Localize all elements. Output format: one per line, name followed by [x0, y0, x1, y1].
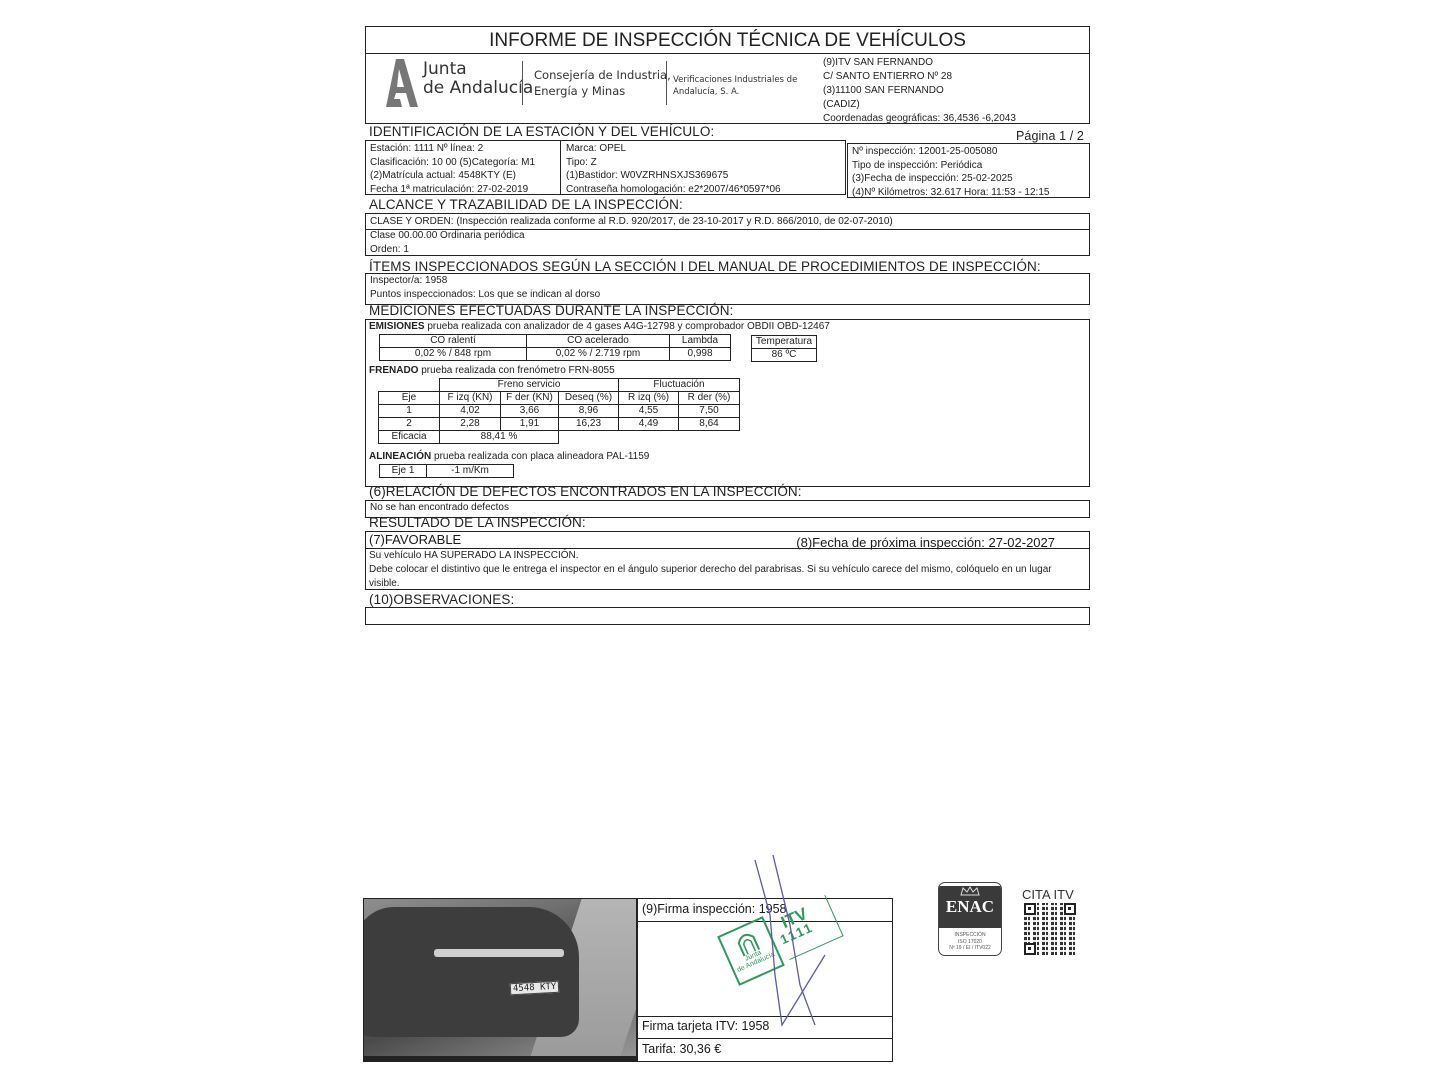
vehicle-info-box: Marca: OPEL Tipo: Z (1)Bastidor: W0VZRHN…: [561, 140, 846, 195]
co-accel-value: 0,02 % / 2.719 rpm: [527, 348, 670, 361]
result-verdict: (7)FAVORABLE: [369, 532, 461, 547]
cita-itv-label: CITA ITV: [1022, 887, 1074, 902]
braking-corner: [379, 379, 440, 392]
cell: 3,66: [501, 405, 559, 418]
result-title: RESULTADO DE LA INSPECCIÓN:: [369, 515, 586, 530]
temperature-header: Temperatura: [752, 336, 817, 349]
qr-finder: [1024, 943, 1036, 955]
brand-line: Marca: OPEL: [566, 142, 840, 156]
cell: 4,02: [440, 405, 501, 418]
cell: 8,64: [679, 418, 740, 431]
result-passed-text: Su vehículo HA SUPERADO LA INSPECCIÓN.: [369, 549, 579, 563]
enac-sub-3: Nº 19 / EI / ITV022: [939, 945, 1001, 952]
result-box: (7)FAVORABLE (8)Fecha de próxima inspecc…: [365, 531, 1090, 590]
alignment-axle: Eje 1: [380, 465, 427, 478]
service-brake-header: Freno servicio: [440, 379, 619, 392]
first-registration-line: Fecha 1ª matriculación: 27-02-2019: [370, 183, 556, 197]
cell: 4,49: [619, 418, 679, 431]
cell: 2,28: [440, 418, 501, 431]
inspection-number-line: Nº inspección: 12001-25-005080: [852, 145, 1085, 159]
header-divider: [366, 53, 1089, 54]
emissions-label: EMISIONES: [369, 321, 425, 332]
points-text: Puntos inspeccionados: Los que se indica…: [370, 288, 1085, 302]
emissions-table: CO ralentí CO acelerado Lambda 0,02 % / …: [379, 334, 731, 361]
enac-badge: ENAC INSPECCIÓN ISO 17020 Nº 19 / EI / I…: [938, 882, 1002, 956]
fee-label: Tarifa: 30,36 €: [642, 1042, 721, 1056]
photo-caption-bar: [364, 1056, 636, 1061]
col-eje: Eje: [379, 392, 440, 405]
measurements-title: MEDICIONES EFECTUADAS DURANTE LA INSPECC…: [369, 303, 733, 318]
scope-title: ALCANCE Y TRAZABILIDAD DE LA INSPECCIÓN:: [369, 197, 683, 212]
header-box: INFORME DE INSPECCIÓN TÉCNICA DE VEHÍCUL…: [365, 26, 1090, 124]
inspection-type-line: Tipo de inspección: Periódica: [852, 159, 1085, 173]
alignment-desc: prueba realizada con placa alineadora PA…: [431, 451, 649, 462]
temperature-value: 86 ºC: [752, 349, 817, 362]
dept-divider: [666, 61, 667, 105]
items-title: ÍTEMS INSPECCIONADOS SEGÚN LA SECCIÓN I …: [369, 259, 1041, 274]
co-idle-header: CO ralentí: [380, 335, 527, 348]
fluctuation-header: Fluctuación: [619, 379, 740, 392]
department-text: Consejería de Industria, Energía y Minas: [534, 67, 671, 99]
enac-subtext: INSPECCIÓN ISO 17020 Nº 19 / EI / ITV022: [939, 928, 1001, 952]
cell: 8,96: [559, 405, 619, 418]
items-box: Inspector/a: 1958 Puntos inspeccionados:…: [365, 273, 1090, 305]
emissions-line: EMISIONES prueba realizada con analizado…: [369, 320, 830, 334]
crown-icon: [959, 886, 981, 896]
braking-row-1: 1 4,02 3,66 8,96 4,55 7,50: [379, 405, 740, 418]
dept-line-2: Energía y Minas: [534, 83, 671, 99]
vin-line: (1)Bastidor: W0VZRHNSXJS369675: [566, 169, 840, 183]
cell: 1,91: [501, 418, 559, 431]
defects-title: (6)RELACIÓN DE DEFECTOS ENCONTRADOS EN L…: [369, 484, 802, 499]
lambda-value: 0,998: [670, 348, 731, 361]
clase-text: Clase 00.00.00 Ordinaria periódica: [370, 229, 1085, 243]
company-line-2: Andalucía, S. A.: [673, 86, 797, 98]
station-city: (3)11100 SAN FERNANDO: [823, 84, 1016, 98]
cell: 7,50: [679, 405, 740, 418]
col-f-der: F der (KN): [501, 392, 559, 405]
plate-line: (2)Matrícula actual: 4548KTY (E): [370, 169, 556, 183]
efficiency-label: Eficacia: [379, 431, 440, 444]
empty: [559, 431, 740, 444]
company-line-1: Verificaciones Industriales de: [673, 74, 797, 86]
homologation-line: Contraseña homologación: e2*2007/46*0597…: [566, 183, 840, 197]
qr-finder: [1064, 903, 1076, 915]
station-line: Estación: 1111 Nº línea: 2: [370, 142, 556, 156]
col-f-izq: F izq (KN): [440, 392, 501, 405]
enac-top: ENAC: [939, 886, 1001, 928]
alignment-table: Eje 1 -1 m/Km: [379, 464, 514, 478]
clase-orden-text: CLASE Y ORDEN: (Inspección realizada con…: [370, 215, 1085, 229]
cell: 1: [379, 405, 440, 418]
classification-line: Clasificación: 10 00 (5)Categoría: M1: [370, 156, 556, 170]
braking-table: Freno servicio Fluctuación Eje F izq (KN…: [378, 378, 740, 444]
company-text: Verificaciones Industriales de Andalucía…: [673, 74, 797, 98]
observations-title: (10)OBSERVACIONES:: [369, 592, 514, 607]
sig-divider-3: [638, 1038, 892, 1039]
station-coordinates: Coordenadas geográficas: 36,4536 -6,2043: [823, 112, 1016, 126]
co-accel-header: CO acelerado: [527, 335, 670, 348]
braking-desc: prueba realizada con frenómetro FRN-8055: [418, 365, 614, 376]
station-info-box: Estación: 1111 Nº línea: 2 Clasificación…: [365, 140, 561, 195]
vehicle-photo: 4548 KTY: [363, 898, 637, 1062]
clase-orden-box: CLASE Y ORDEN: (Inspección realizada con…: [365, 213, 1090, 230]
cell: 4,55: [619, 405, 679, 418]
handwritten-signature-icon: [740, 855, 840, 1030]
qr-finder: [1024, 903, 1036, 915]
inspection-info-box: Nº inspección: 12001-25-005080 Tipo de i…: [847, 143, 1090, 198]
col-r-der: R der (%): [679, 392, 740, 405]
logo-text: Junta de Andalucía: [423, 60, 533, 98]
km-time-line: (4)Nº Kilómetros: 32.617 Hora: 11:53 - 1…: [852, 186, 1085, 200]
lambda-header: Lambda: [670, 335, 731, 348]
observations-box: [365, 607, 1090, 625]
col-deseq: Deseq (%): [559, 392, 619, 405]
document-title: INFORME DE INSPECCIÓN TÉCNICA DE VEHÍCUL…: [366, 30, 1089, 52]
efficiency-value: 88,41 %: [440, 431, 559, 444]
alignment-value: -1 m/Km: [427, 465, 514, 478]
logo-divider: [522, 61, 523, 105]
co-idle-value: 0,02 % / 848 rpm: [380, 348, 527, 361]
result-instructions: Debe colocar el distintivo que le entreg…: [369, 563, 1084, 590]
temperature-table: Temperatura 86 ºC: [751, 335, 817, 362]
braking-label: FRENADO: [369, 365, 418, 376]
junta-andalucia-logo-icon: [382, 59, 418, 107]
car-taillight: [434, 949, 564, 957]
station-name: (9)ITV SAN FERNANDO: [823, 56, 1016, 70]
station-street: C/ SANTO ENTIERRO Nº 28: [823, 70, 1016, 84]
defects-text: No se han encontrado defectos: [370, 501, 1085, 515]
braking-row-2: 2 2,28 1,91 16,23 4,49 8,64: [379, 418, 740, 431]
dept-line-1: Consejería de Industria,: [534, 67, 671, 83]
col-r-izq: R izq (%): [619, 392, 679, 405]
alignment-label: ALINEACIÓN: [369, 451, 431, 462]
inspection-date-line: (3)Fecha de inspección: 25-02-2025: [852, 172, 1085, 186]
inspector-text: Inspector/a: 1958: [370, 274, 1085, 288]
orden-text: Orden: 1: [370, 243, 1085, 257]
identification-title: IDENTIFICACIÓN DE LA ESTACIÓN Y DEL VEHÍ…: [369, 124, 714, 139]
clase-box: Clase 00.00.00 Ordinaria periódica Orden…: [365, 229, 1090, 256]
logo-line-2: de Andalucía: [423, 79, 533, 98]
page-number: Página 1 / 2: [1016, 129, 1084, 143]
logo-line-1: Junta: [423, 60, 533, 79]
emissions-desc: prueba realizada con analizador de 4 gas…: [425, 321, 830, 332]
station-province: (CADIZ): [823, 98, 1016, 112]
station-address: (9)ITV SAN FERNANDO C/ SANTO ENTIERRO Nº…: [823, 56, 1016, 126]
car-shape: [363, 907, 579, 1037]
enac-label: ENAC: [939, 896, 1001, 918]
alignment-line: ALINEACIÓN prueba realizada con placa al…: [369, 450, 649, 464]
cell: 2: [379, 418, 440, 431]
braking-line: FRENADO prueba realizada con frenómetro …: [369, 364, 615, 378]
cell: 16,23: [559, 418, 619, 431]
type-line: Tipo: Z: [566, 156, 840, 170]
qr-code-icon[interactable]: [1024, 903, 1076, 955]
